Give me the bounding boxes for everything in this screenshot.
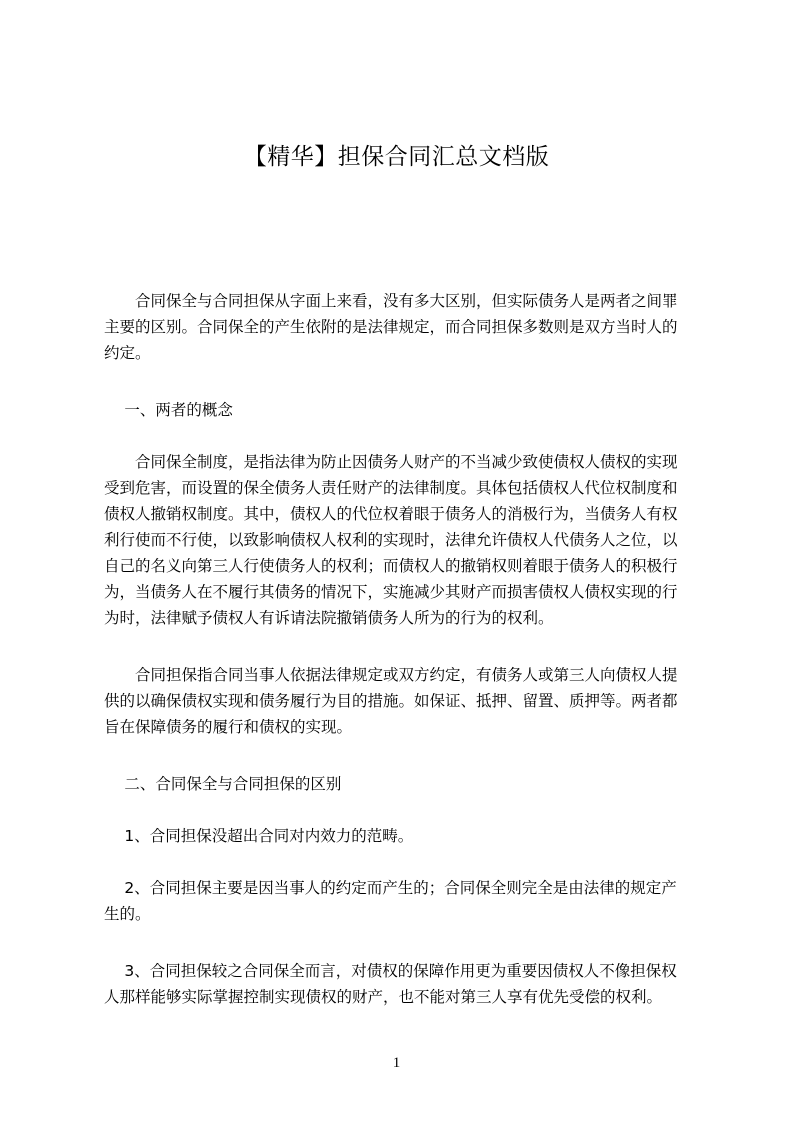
page-number: 1 (0, 1055, 793, 1072)
text-line: 1、合同担保没超出合同对内效力的范畴。 (104, 823, 700, 849)
document-page: 【精华】担保合同汇总文档版 合同保全与合同担保从字面上来看，没有多大区别，但实际… (0, 0, 793, 1122)
text-line: 2、合同担保主要是因当事人的约定而产生的；合同保全则完全是由法律的规定产 (104, 875, 700, 901)
text-line: 旨在保障债务的履行和债权的实现。 (104, 714, 700, 740)
text-line: 生的。 (104, 901, 700, 927)
text-line: 合同保全与合同担保从字面上来看，没有多大区别，但实际债务人是两者之间罪 (104, 288, 700, 314)
text-line: 3、合同担保较之合同保全而言，对债权的保障作用更为重要因债权人不像担保权 (104, 958, 700, 984)
paragraph-difference-2: 2、合同担保主要是因当事人的约定而产生的；合同保全则完全是由法律的规定产 生的。 (104, 875, 700, 927)
heading-text: 二、合同保全与合同担保的区别 (104, 771, 700, 797)
document-title: 【精华】担保合同汇总文档版 (0, 140, 793, 174)
paragraph-contract-guarantee: 合同担保指合同当事人依据法律规定或双方约定，有债务人或第三人向债权人提 供的以确… (104, 662, 700, 740)
text-line: 合同担保指合同当事人依据法律规定或双方约定，有债务人或第三人向债权人提 (104, 662, 700, 688)
text-line: 受到危害，而设置的保全债务人责任财产的法律制度。具体包括债权人代位权制度和 (104, 475, 700, 501)
section-heading-concepts: 一、两者的概念 (104, 397, 700, 423)
text-line: 自己的名义向第三人行使债务人的权利；而债权人的撤销权则着眼于债务人的积极行 (104, 553, 700, 579)
text-line: 债权人撤销权制度。其中，债权人的代位权着眼于债务人的消极行为，当债务人有权 (104, 501, 700, 527)
paragraph-intro: 合同保全与合同担保从字面上来看，没有多大区别，但实际债务人是两者之间罪 主要的区… (104, 288, 700, 366)
paragraph-contract-preservation: 合同保全制度，是指法律为防止因债务人财产的不当减少致使债权人债权的实现 受到危害… (104, 449, 700, 631)
text-line: 利行使而不行使，以致影响债权人权利的实现时，法律允许债权人代债务人之位，以 (104, 527, 700, 553)
text-line: 主要的区别。合同保全的产生依附的是法律规定，而合同担保多数则是双方当时人的 (104, 314, 700, 340)
text-line: 供的以确保债权实现和债务履行为目的措施。如保证、抵押、留置、质押等。两者都 (104, 688, 700, 714)
text-line: 约定。 (104, 340, 700, 366)
paragraph-difference-3: 3、合同担保较之合同保全而言，对债权的保障作用更为重要因债权人不像担保权 人那样… (104, 958, 700, 1010)
section-heading-differences: 二、合同保全与合同担保的区别 (104, 771, 700, 797)
text-line: 人那样能够实际掌握控制实现债权的财产，也不能对第三人享有优先受偿的权利。 (104, 984, 700, 1010)
paragraph-difference-1: 1、合同担保没超出合同对内效力的范畴。 (104, 823, 700, 849)
heading-text: 一、两者的概念 (104, 397, 700, 423)
text-line: 为时，法律赋予债权人有诉请法院撤销债务人所为的行为的权利。 (104, 605, 700, 631)
text-line: 合同保全制度，是指法律为防止因债务人财产的不当减少致使债权人债权的实现 (104, 449, 700, 475)
text-line: 为，当债务人在不履行其债务的情况下，实施减少其财产而损害债权人债权实现的行 (104, 579, 700, 605)
